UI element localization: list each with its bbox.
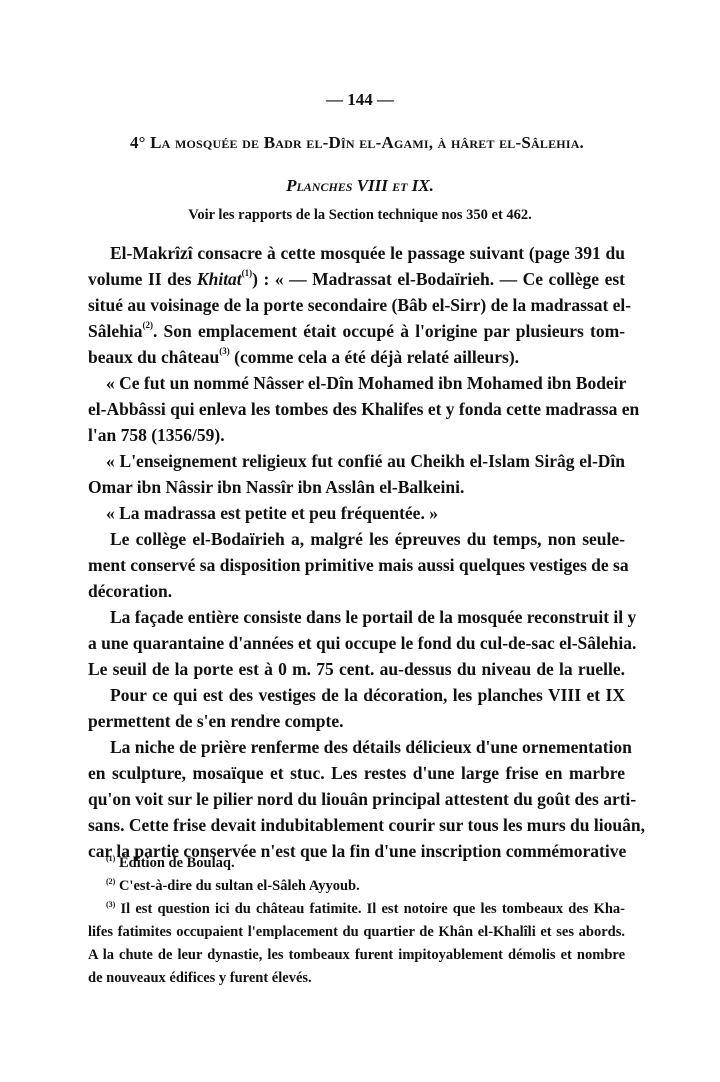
text-fragment: beaux du château: [88, 347, 219, 367]
text-fragment: volume II des: [88, 269, 197, 289]
footnote-text: C'est-à-dire du sultan el-Sâleh Ayyoub.: [119, 878, 360, 894]
text-line: La façade entière consiste dans le porta…: [88, 604, 625, 630]
text-line: situé au voisinage de la porte secondair…: [88, 292, 625, 318]
footnotes: (1) Édition de Boulaq. (2) C'est-à-dire …: [88, 852, 625, 990]
footnote-mark: (3): [106, 900, 115, 909]
section-number: 4°: [130, 133, 146, 152]
page-number: — 144 —: [0, 90, 720, 110]
body-text: El-Makrîzî consacre à cette mosquée le p…: [88, 240, 625, 864]
footnote-mark: (2): [106, 877, 115, 886]
footnote-line: de nouveaux édifices y furent élevés.: [88, 967, 625, 990]
technical-reports-reference: Voir les rapports de la Section techniqu…: [0, 207, 720, 224]
text-line: La niche de prière renferme des détails …: [88, 734, 625, 760]
footnote-line: A la chute de leur dynastie, les tombeau…: [88, 944, 625, 967]
text-fragment: ) : « — Madrassat el-Bodaïrieh. — Ce col…: [252, 269, 625, 289]
text-line: Sâlehia(2). Son emplacement était occupé…: [88, 318, 625, 344]
text-line: Omar ibn Nâssir ibn Nassîr ibn Asslân el…: [88, 474, 625, 500]
text-fragment: . Son emplacement était occupé à l'origi…: [153, 321, 625, 341]
text-line: Pour ce qui est des vestiges de la décor…: [88, 682, 625, 708]
plates-reference: Planches VIII et IX.: [0, 176, 720, 196]
khitat-title: Khitat: [197, 269, 242, 289]
footnote-1: (1) Édition de Boulaq.: [88, 852, 625, 875]
text-line: sans. Cette frise devait indubitablement…: [88, 812, 625, 838]
text-line: Le seuil de la porte est à 0 m. 75 cent.…: [88, 656, 625, 682]
footnote-2: (2) C'est-à-dire du sultan el-Sâleh Ayyo…: [88, 875, 625, 898]
text-line: l'an 758 (1356/59).: [88, 422, 625, 448]
book-page: — 144 — 4° La mosquée de Badr el-Dîn el-…: [0, 0, 720, 1082]
footnote-ref-3[interactable]: (3): [219, 346, 230, 356]
footnote-text: Il est question ici du château fatimite.…: [121, 901, 626, 917]
text-line: « La madrassa est petite et peu fréquent…: [88, 500, 625, 526]
text-line: permettent de s'en rendre compte.: [88, 708, 625, 734]
text-line: ment conservé sa disposition primitive m…: [88, 552, 625, 578]
text-line: en sculpture, mosaïque et stuc. Les rest…: [88, 760, 625, 786]
text-line: Le collège el-Bodaïrieh a, malgré les ép…: [88, 526, 625, 552]
text-line: volume II des Khitat(1)) : « — Madrassat…: [88, 266, 625, 292]
footnote-line: lifes fatimites occupaient l'emplacement…: [88, 921, 625, 944]
text-line: « Ce fut un nommé Nâsser el-Dîn Mohamed …: [88, 370, 625, 396]
footnote-ref-1[interactable]: (1): [242, 268, 253, 278]
text-line: El-Makrîzî consacre à cette mosquée le p…: [88, 240, 625, 266]
footnote-mark: (1): [106, 854, 115, 863]
text-line: a une quarantaine d'années et qui occupe…: [88, 630, 625, 656]
text-line: el-Abbâssi qui enleva les tombes des Kha…: [88, 396, 625, 422]
footnote-text: Édition de Boulaq.: [119, 855, 235, 871]
text-fragment: (comme cela a été déjà relaté ailleurs).: [230, 347, 519, 367]
footnote-3: (3) Il est question ici du château fatim…: [88, 898, 625, 921]
text-line: décoration.: [88, 578, 625, 604]
footnote-ref-2[interactable]: (2): [142, 320, 153, 330]
text-fragment: Sâlehia: [88, 321, 142, 341]
section-heading: 4° La mosquée de Badr el-Dîn el-Agami, à…: [88, 133, 626, 153]
section-title: La mosquée de Badr el-Dîn el-Agami, à hâ…: [150, 133, 584, 152]
text-line: « L'enseignement religieux fut confié au…: [88, 448, 625, 474]
text-line: beaux du château(3) (comme cela a été dé…: [88, 344, 625, 370]
text-line: qu'on voit sur le pilier nord du liouân …: [88, 786, 625, 812]
